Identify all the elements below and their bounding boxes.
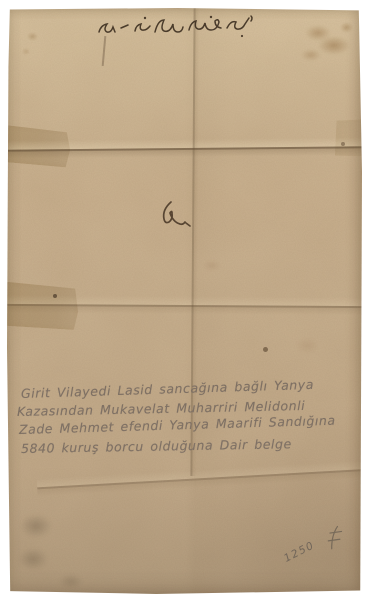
faint-stain <box>203 260 221 271</box>
foxing-stain <box>340 22 353 33</box>
foxing-stain <box>27 32 38 41</box>
fold-crease-diagonal-lower <box>37 469 368 488</box>
price-mark: 1250 <box>282 539 317 565</box>
ink-speck <box>263 347 268 352</box>
photo-frame: Girit Vilayedi Lasid sancağına bağlı Yan… <box>0 0 368 600</box>
smudge-stain <box>59 574 83 589</box>
pencil-line: 5840 kuruş borcu olduğuna Dair belge <box>21 434 359 457</box>
foxing-stain <box>301 49 321 61</box>
foxing-stain <box>318 36 350 55</box>
tape-right-edge <box>335 119 362 157</box>
faint-stain <box>295 338 319 353</box>
foxing-stain <box>22 48 30 55</box>
ottoman-ink-inscription <box>93 13 261 47</box>
tape-top-left <box>7 125 70 168</box>
smudge-stain <box>18 548 48 570</box>
smudge-stain <box>20 514 52 538</box>
center-ink-squiggle <box>155 198 193 236</box>
document-paper: Girit Vilayedi Lasid sancağına bağlı Yan… <box>7 8 362 594</box>
tape-middle-left <box>7 282 78 330</box>
foxing-stain <box>305 25 331 41</box>
flourish-mark <box>322 522 345 553</box>
pencil-annotation: Girit Vilayedi Lasid sancağına bağlı Yan… <box>15 385 359 457</box>
